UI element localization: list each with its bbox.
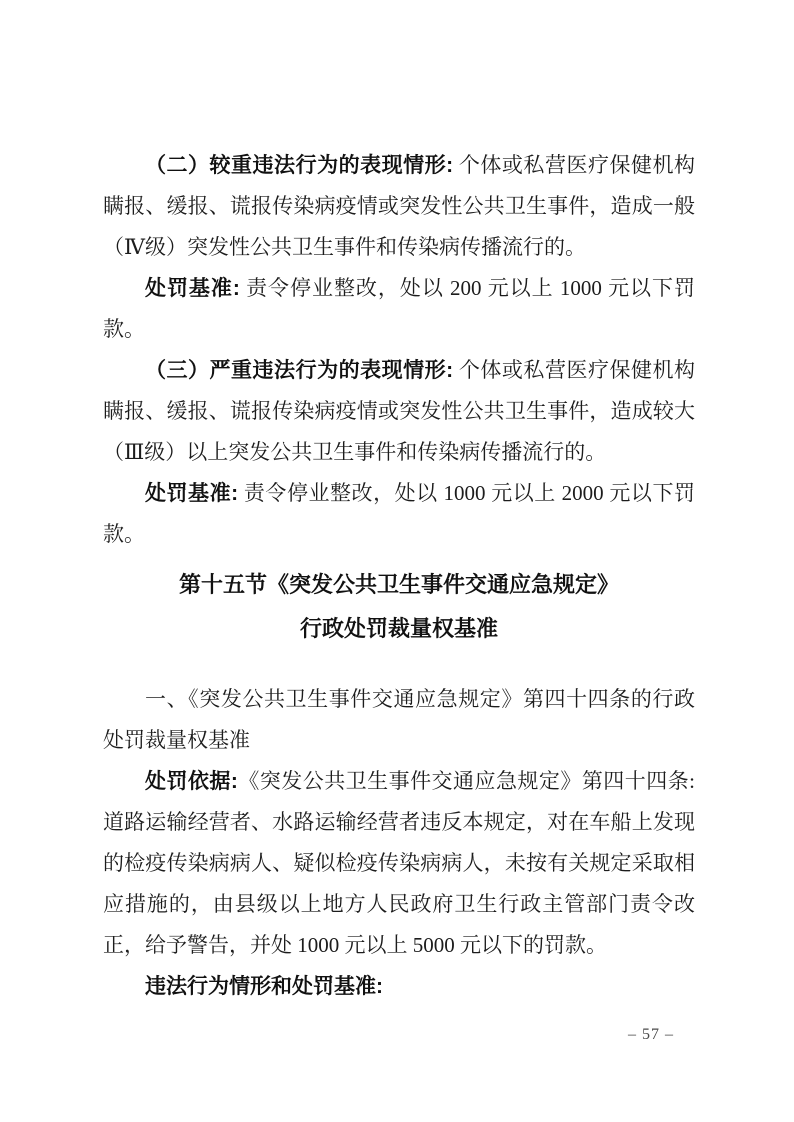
page-number: – 57 – bbox=[628, 1026, 674, 1044]
section-heading-line1: 第十五节《突发公共卫生事件交通应急规定》 bbox=[103, 563, 695, 607]
moderate-violation-label: （二）较重违法行为的表现情形: bbox=[145, 154, 453, 177]
paragraph-penalty-basis-moderate: 处罚基准: 责令停业整改，处以 200 元以上 1000 元以下罚款。 bbox=[103, 268, 695, 350]
penalty-basis-label: 处罚基准: bbox=[145, 277, 240, 300]
penalty-basis-label: 处罚基准: bbox=[145, 482, 238, 505]
paragraph-penalty-basis-severe: 处罚基准: 责令停业整改，处以 1000 元以上 2000 元以下罚款。 bbox=[103, 473, 695, 555]
paragraph-violation-and-penalty-header: 违法行为情形和处罚基准: bbox=[103, 966, 695, 1007]
section-heading: 第十五节《突发公共卫生事件交通应急规定》 行政处罚裁量权基准 bbox=[103, 563, 695, 651]
penalty-legal-basis-text: 《突发公共卫生事件交通应急规定》第四十四条: 道路运输经营者、水路运输经营者违反… bbox=[103, 769, 695, 957]
penalty-legal-basis-label: 处罚依据: bbox=[145, 770, 238, 793]
document-page: （二）较重违法行为的表现情形: 个体或私营医疗保健机构瞒报、缓报、谎报传染病疫情… bbox=[0, 0, 794, 1122]
paragraph-article-intro: 一、《突发公共卫生事件交通应急规定》第四十四条的行政处罚裁量权基准 bbox=[103, 679, 695, 761]
severe-violation-label: （三）严重违法行为的表现情形: bbox=[145, 359, 453, 382]
section-heading-line2: 行政处罚裁量权基准 bbox=[103, 607, 695, 651]
paragraph-severe-violation: （三）严重违法行为的表现情形: 个体或私营医疗保健机构瞒报、缓报、谎报传染病疫情… bbox=[103, 350, 695, 473]
page-content: （二）较重违法行为的表现情形: 个体或私营医疗保健机构瞒报、缓报、谎报传染病疫情… bbox=[103, 145, 695, 1007]
violation-and-penalty-label: 违法行为情形和处罚基准: bbox=[145, 975, 383, 998]
paragraph-moderate-violation: （二）较重违法行为的表现情形: 个体或私营医疗保健机构瞒报、缓报、谎报传染病疫情… bbox=[103, 145, 695, 268]
paragraph-penalty-legal-basis: 处罚依据:《突发公共卫生事件交通应急规定》第四十四条: 道路运输经营者、水路运输… bbox=[103, 761, 695, 966]
article-intro-text: 一、《突发公共卫生事件交通应急规定》第四十四条的行政处罚裁量权基准 bbox=[103, 687, 695, 752]
